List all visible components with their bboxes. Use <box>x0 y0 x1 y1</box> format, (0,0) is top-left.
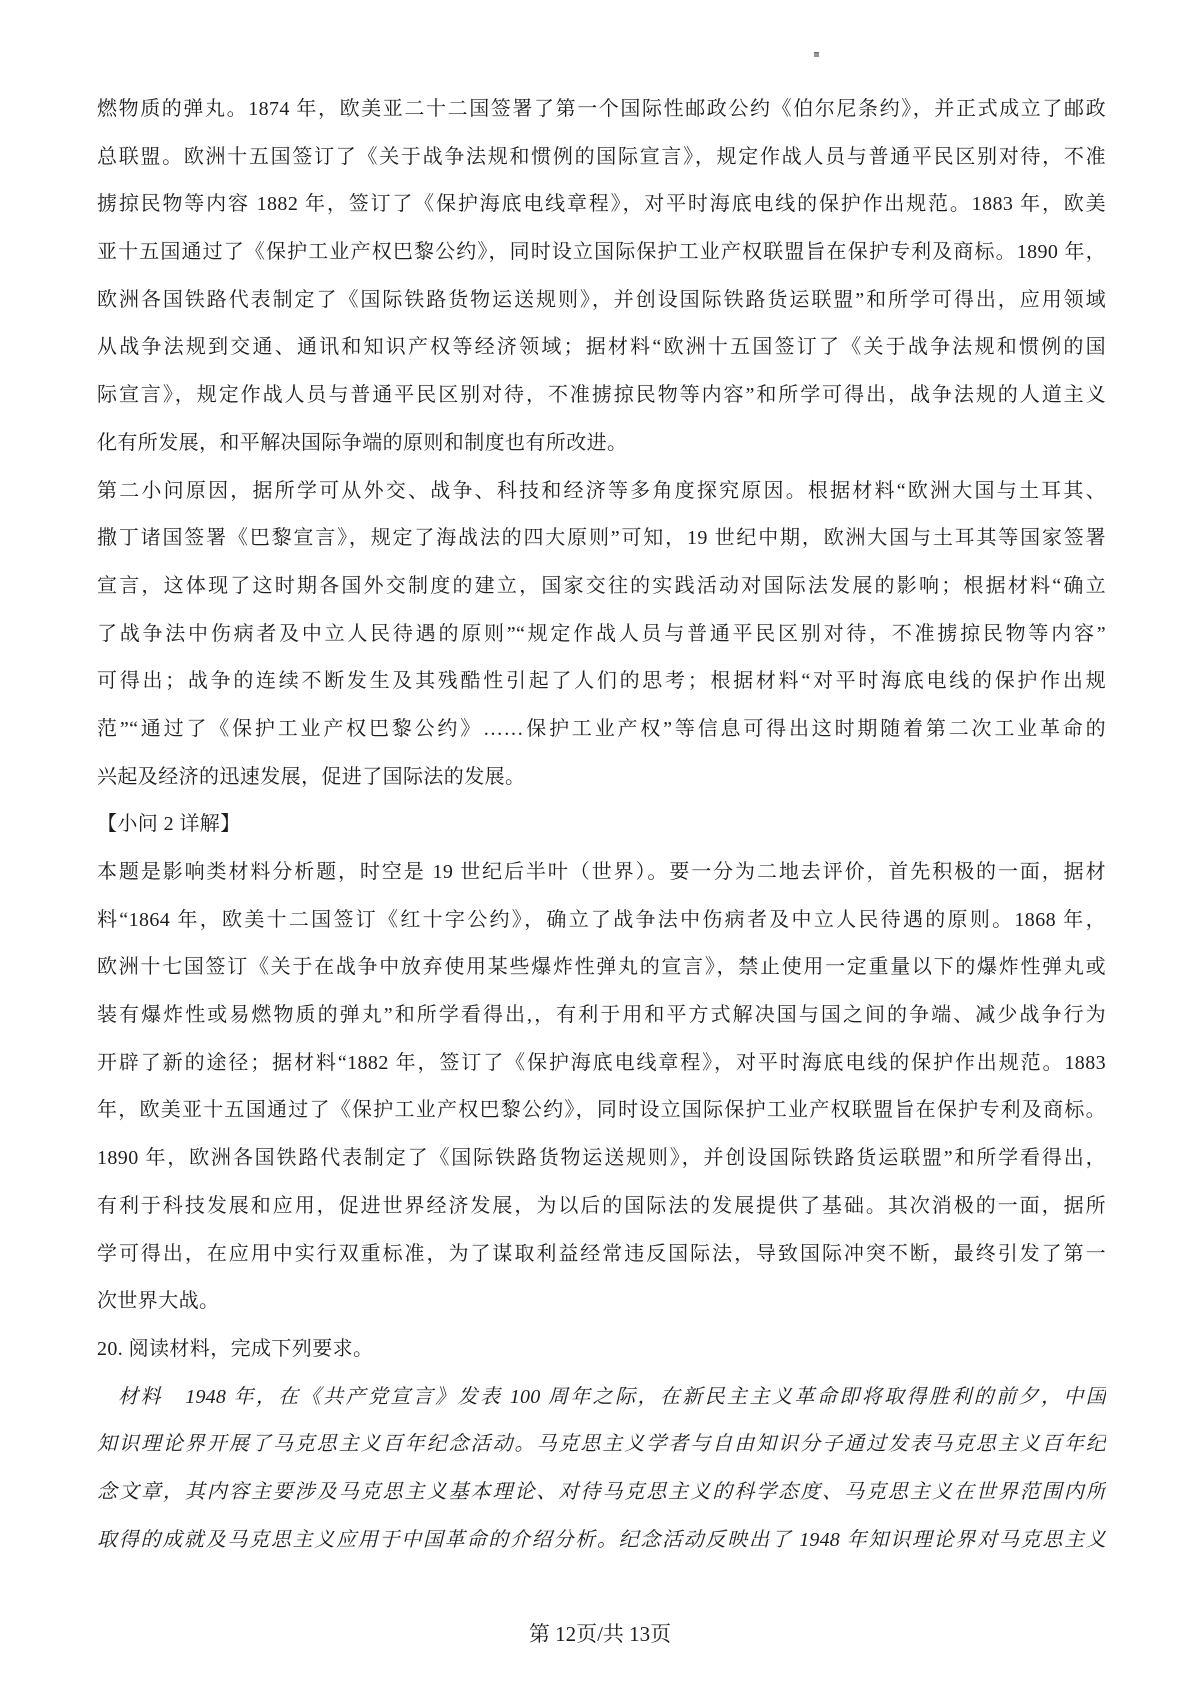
text-line: 第二小问原因，据所学可从外交、战争、科技和经济等多角度探究原因。根据材料“欧洲大… <box>97 468 1106 516</box>
text-line: 亚十五国通过了《保护工业产权巴黎公约》，同时设立国际保护工业产权联盟旨在保护专利… <box>97 229 1106 277</box>
page-number-label: 第 12页/共 13页 <box>529 1622 671 1646</box>
text-line: 欧洲十七国签订《关于在战争中放弃使用某些爆炸性弹丸的宣言》，禁止使用一定重量以下… <box>97 944 1106 992</box>
text-line: 有利于科技发展和应用，促进世界经济发展，为以后的国际法的发展提供了基础。其次消极… <box>97 1183 1106 1231</box>
page: 燃物质的弹丸。1874 年，欧美亚二十二国签署了第一个国际性邮政公约《伯尔尼条约… <box>0 0 1200 1698</box>
text-line: 可得出；战争的连续不断发生及其残酷性引起了人们的思考；根据材料“对平时海底电线的… <box>97 658 1106 706</box>
text-line: 材料 1948 年，在《共产党宣言》发表 100 周年之际，在新民主主义革命即将… <box>97 1374 1106 1422</box>
text-line: 取得的成就及马克思主义应用于中国革命的介绍分析。纪念活动反映出了 1948 年知… <box>97 1517 1106 1565</box>
text-line: 了战争法中伤病者及中立人民待遇的原则”“规定作战人员与普通平民区别对待，不准掳掠… <box>97 611 1106 659</box>
text-line: 兴起及经济的迅速发展，促进了国际法的发展。 <box>97 754 1106 802</box>
text-line: 范”“通过了《保护工业产权巴黎公约》……保护工业产权”等信息可得出这时期随着第二… <box>97 706 1106 754</box>
text-line: 【小问 2 详解】 <box>97 801 1106 849</box>
page-footer: 第 12页/共 13页 <box>0 1618 1200 1648</box>
text-line: 开辟了新的途径；据材料“1882 年，签订了《保护海底电线章程》，对平时海底电线… <box>97 1040 1106 1088</box>
text-line: 从战争法规到交通、通讯和知识产权等经济领域；据材料“欧洲十五国签订了《关于战争法… <box>97 324 1106 372</box>
text-line: 燃物质的弹丸。1874 年，欧美亚二十二国签署了第一个国际性邮政公约《伯尔尼条约… <box>97 86 1106 134</box>
scan-speck-dot <box>814 52 819 57</box>
text-line: 20. 阅读材料，完成下列要求。 <box>97 1326 1106 1374</box>
text-line: 宣言，这体现了这时期各国外交制度的建立，国家交往的实践活动对国际法发展的影响；根… <box>97 563 1106 611</box>
text-line: 化有所发展，和平解决国际争端的原则和制度也有所改进。 <box>97 420 1106 468</box>
text-line: 料“1864 年，欧美十二国签订《红十字公约》，确立了战争法中伤病者及中立人民待… <box>97 897 1106 945</box>
text-line: 装有爆炸性或易燃物质的弹丸”和所学看得出,，有利于用和平方式解决国与国之间的争端… <box>97 992 1106 1040</box>
text-line: 年，欧美亚十五国通过了《保护工业产权巴黎公约》，同时设立国际保护工业产权联盟旨在… <box>97 1087 1106 1135</box>
text-block: 燃物质的弹丸。1874 年，欧美亚二十二国签署了第一个国际性邮政公约《伯尔尼条约… <box>97 86 1106 1564</box>
text-line: 1890 年，欧洲各国铁路代表制定了《国际铁路货物运送规则》，并创设国际铁路货运… <box>97 1135 1106 1183</box>
text-line: 次世界大战。 <box>97 1278 1106 1326</box>
text-line: 际宣言》，规定作战人员与普通平民区别对待，不准掳掠民物等内容”和所学可得出，战争… <box>97 372 1106 420</box>
text-line: 欧洲各国铁路代表制定了《国际铁路货物运送规则》，并创设国际铁路货运联盟”和所学可… <box>97 277 1106 325</box>
text-line: 总联盟。欧洲十五国签订了《关于战争法规和惯例的国际宣言》，规定作战人员与普通平民… <box>97 134 1106 182</box>
text-line: 本题是影响类材料分析题，时空是 19 世纪后半叶（世界）。要一分为二地去评价，首… <box>97 849 1106 897</box>
text-line: 知识理论界开展了马克思主义百年纪念活动。马克思主义学者与自由知识分子通过发表马克… <box>97 1421 1106 1469</box>
text-line: 掳掠民物等内容 1882 年，签订了《保护海底电线章程》，对平时海底电线的保护作… <box>97 181 1106 229</box>
text-line: 撒丁诸国签署《巴黎宣言》，规定了海战法的四大原则”可知，19 世纪中期，欧洲大国… <box>97 515 1106 563</box>
text-line: 学可得出，在应用中实行双重标准，为了谋取利益经常违反国际法，导致国际冲突不断，最… <box>97 1231 1106 1279</box>
text-line: 念文章，其内容主要涉及马克思主义基本理论、对待马克思主义的科学态度、马克思主义在… <box>97 1469 1106 1517</box>
